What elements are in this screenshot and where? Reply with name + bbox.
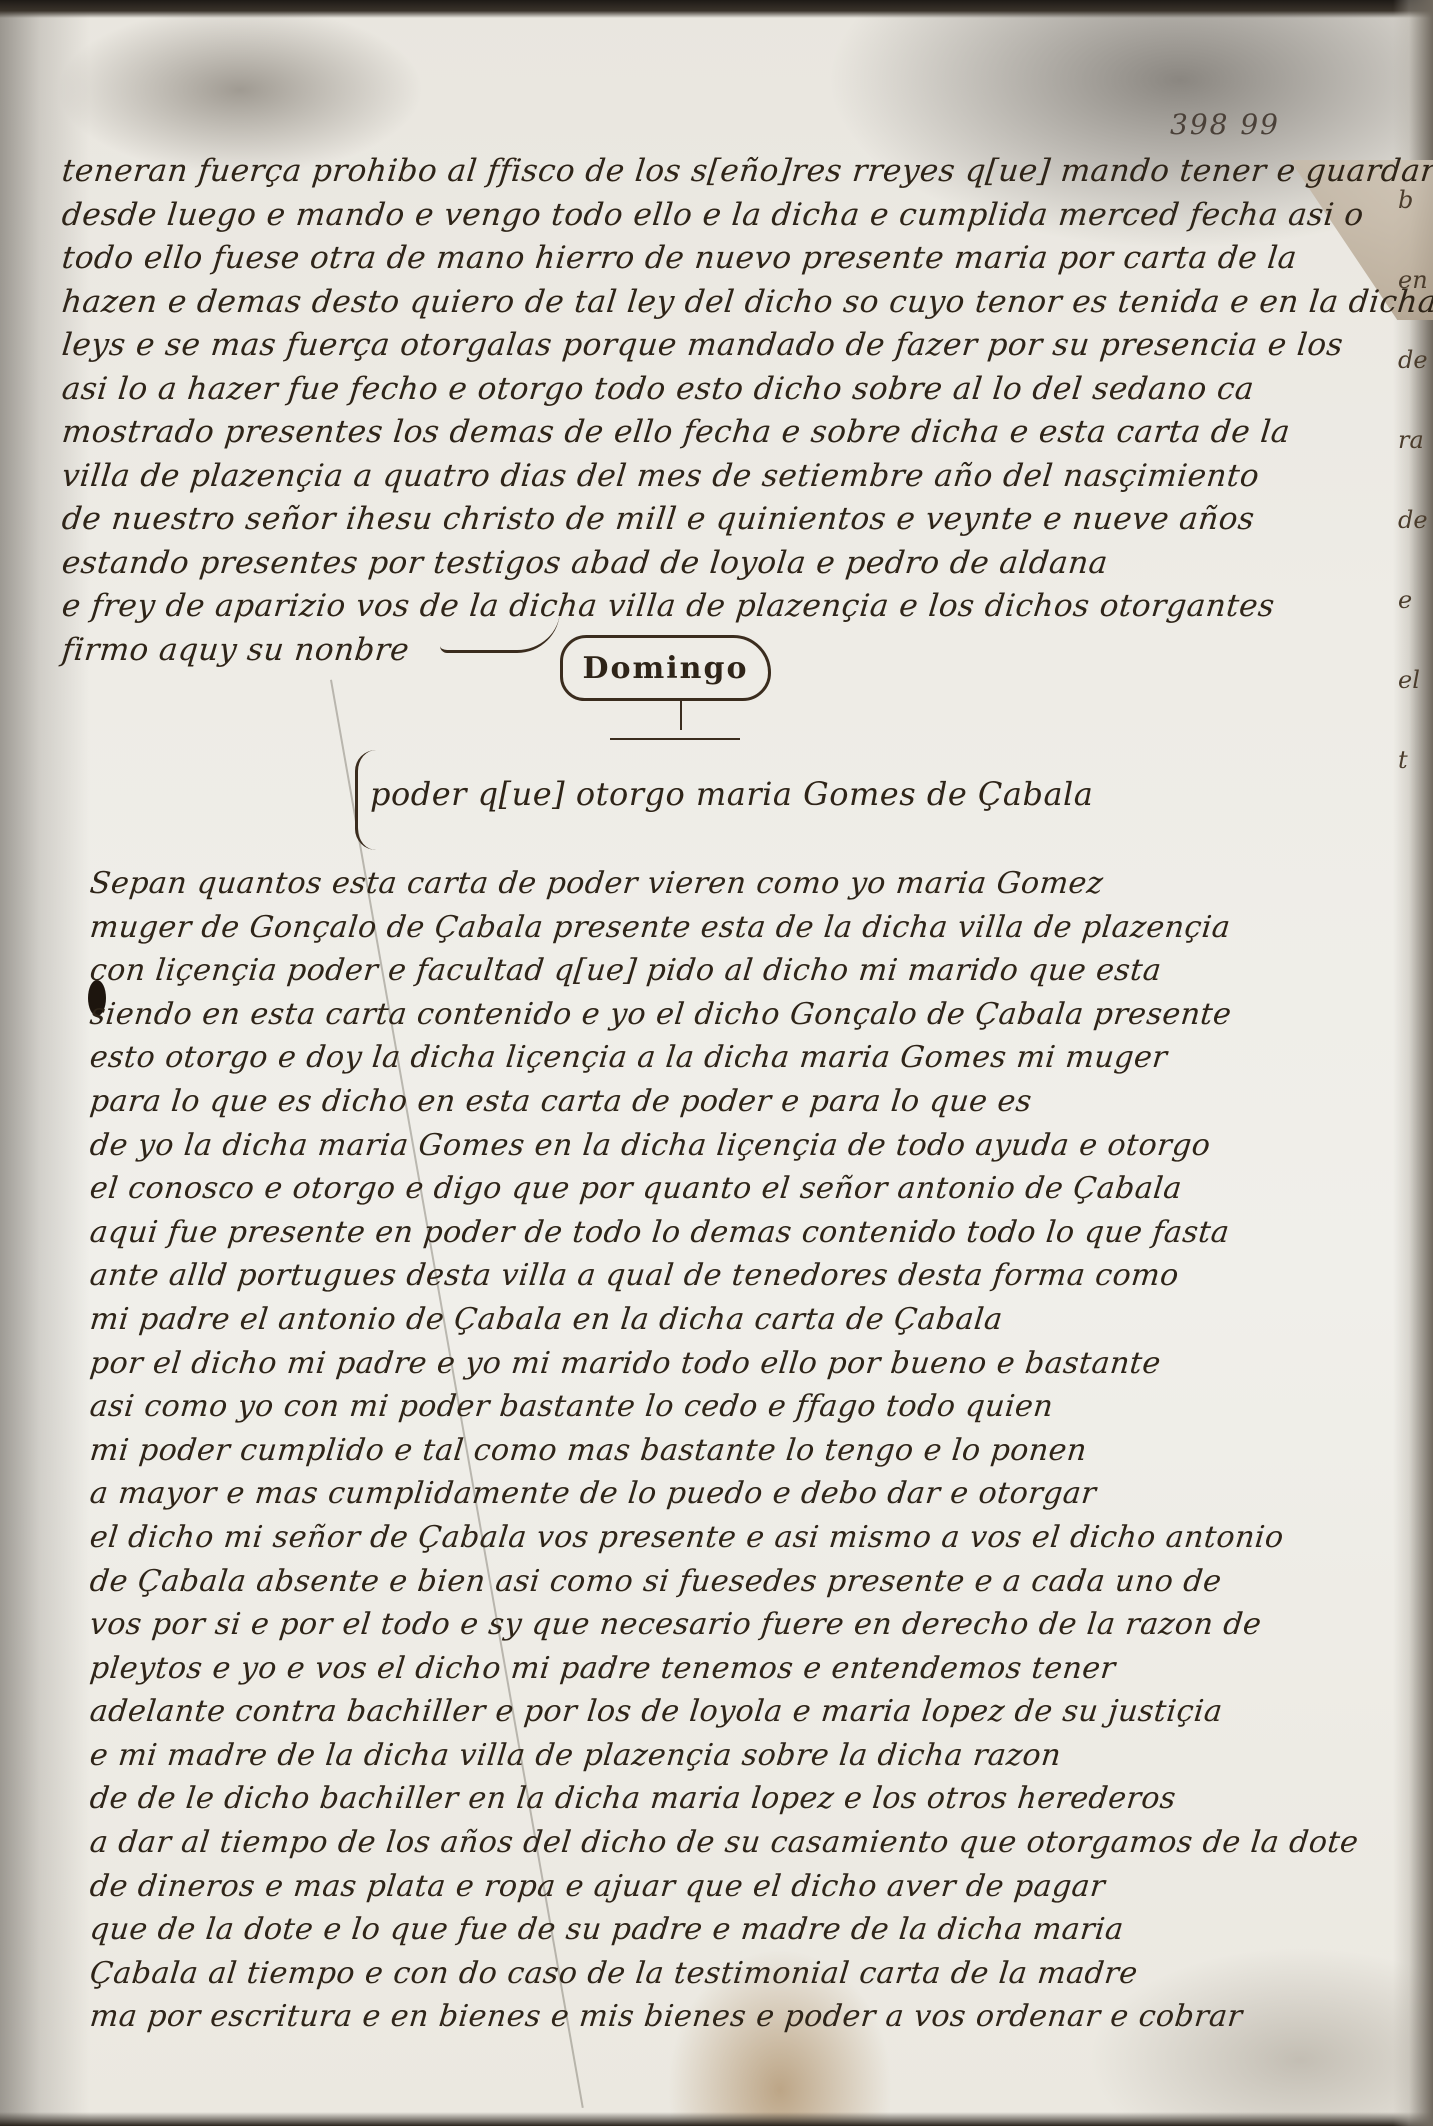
text-line: el conosco e otorgo e digo que por quant… — [88, 1167, 1393, 1211]
text-line: teneran fuerça prohibo al ffisco de los … — [60, 150, 1395, 194]
marginal-heading-box: Domingo — [560, 635, 771, 701]
folio-number: 398 99 — [1170, 108, 1280, 141]
text-line: villa de plazençia a quatro dias del mes… — [60, 455, 1395, 499]
adjacent-page-fragments: b en de ra de e el t — [1398, 160, 1433, 800]
text-line: mi padre el antonio de Çabala en la dich… — [88, 1298, 1393, 1342]
fragment: t — [1398, 720, 1433, 800]
text-line: que de la dote e lo que fue de su padre … — [88, 1908, 1393, 1952]
text-line: de nuestro señor ihesu christo de mill e… — [60, 498, 1395, 542]
text-line: hazen e demas desto quiero de tal ley de… — [60, 281, 1395, 325]
text-line: todo ello fuese otra de mano hierro de n… — [60, 237, 1395, 281]
text-line: adelante contra bachiller e por los de l… — [88, 1690, 1393, 1734]
text-line: siendo en esta carta contenido e yo el d… — [88, 993, 1393, 1037]
text-line: vos por si e por el todo e sy que necesa… — [88, 1603, 1393, 1647]
text-line: e mi madre de la dicha villa de plazençi… — [88, 1734, 1393, 1778]
heading-tick-mark — [680, 700, 682, 730]
text-line: ante alld portugues desta villa a qual d… — [88, 1254, 1393, 1298]
text-line: asi lo a hazer fue fecho e otorgo todo e… — [60, 368, 1395, 412]
heading-text: Domingo — [583, 651, 749, 686]
text-line: aqui fue presente en poder de todo lo de… — [88, 1211, 1393, 1255]
text-line: de dineros e mas plata e ropa e ajuar qu… — [88, 1865, 1393, 1909]
text-line: de yo la dicha maria Gomes en la dicha l… — [88, 1124, 1393, 1168]
text-line: a dar al tiempo de los años del dicho de… — [88, 1821, 1393, 1865]
text-line: de Çabala absente e bien asi como si fue… — [88, 1560, 1393, 1604]
text-line: de de le dicho bachiller en la dicha mar… — [88, 1777, 1393, 1821]
text-line: ma por escritura e en bienes e mis biene… — [88, 1995, 1393, 2039]
fragment: b — [1398, 160, 1433, 240]
manuscript-page: 398 99 teneran fuerça prohibo al ffisco … — [0, 0, 1433, 2126]
page-bottom-edge — [0, 2112, 1433, 2126]
text-line: asi como yo con mi poder bastante lo ced… — [88, 1385, 1393, 1429]
heading-rule — [610, 738, 740, 740]
page-top-edge — [0, 0, 1433, 18]
text-line: el dicho mi señor de Çabala vos presente… — [88, 1516, 1393, 1560]
text-line: estando presentes por testigos abad de l… — [60, 542, 1395, 586]
text-line: leys e se mas fuerça otorgalas porque ma… — [60, 324, 1395, 368]
text-line: Sepan quantos esta carta de poder vieren… — [88, 862, 1393, 906]
text-line: para lo que es dicho en esta carta de po… — [88, 1080, 1393, 1124]
text-line: Çabala al tiempo e con do caso de la tes… — [88, 1952, 1393, 1996]
fragment: el — [1398, 640, 1433, 720]
text-line: desde luego e mando e vengo todo ello e … — [60, 194, 1395, 238]
fragment: en — [1398, 240, 1433, 320]
document-subtitle: poder q[ue] otorgo maria Gomes de Çabala — [370, 775, 1093, 813]
fragment: ra — [1398, 400, 1433, 480]
text-line: mostrado presentes los demas de ello fec… — [60, 411, 1395, 455]
fragment: de — [1398, 480, 1433, 560]
text-line: con liçençia poder e facultad q[ue] pido… — [88, 949, 1393, 993]
text-line: mi poder cumplido e tal como mas bastant… — [88, 1429, 1393, 1473]
fragment: e — [1398, 560, 1433, 640]
text-line: por el dicho mi padre e yo mi marido tod… — [88, 1342, 1393, 1386]
fragment: de — [1398, 320, 1433, 400]
top-paragraph: teneran fuerça prohibo al ffisco de los … — [62, 150, 1392, 672]
text-line: e frey de aparizio vos de la dicha villa… — [60, 585, 1395, 629]
text-line: muger de Gonçalo de Çabala presente esta… — [88, 906, 1393, 950]
main-paragraph: Sepan quantos esta carta de poder vieren… — [90, 862, 1390, 2039]
text-line: esto otorgo e doy la dicha liçençia a la… — [88, 1036, 1393, 1080]
text-line: pleytos e yo e vos el dicho mi padre ten… — [88, 1647, 1393, 1691]
text-line: a mayor e mas cumplidamente de lo puedo … — [88, 1472, 1393, 1516]
